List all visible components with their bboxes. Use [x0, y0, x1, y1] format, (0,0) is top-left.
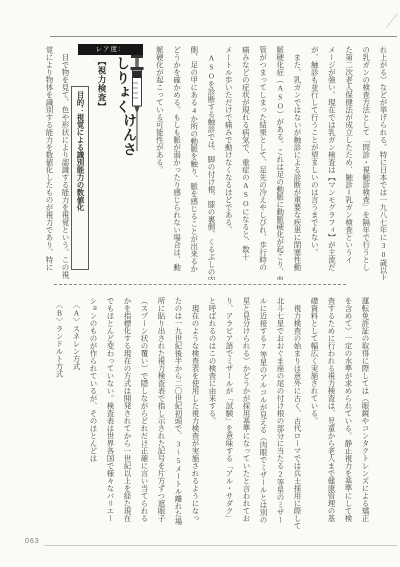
bottom-text-band: 運転免許証の取得に際しては（眼鏡やコンタクトレンズによる矯正を含めて）一定の水準… [0, 0, 400, 567]
text-column: （スプーン状の覆い）で隠しながらどれだけ正確に言い当てられる [136, 297, 153, 545]
text-column: 星と見分けられる）かどうかが採用基準になっていたと言われてお [238, 297, 255, 545]
text-column: り、アラビア語でミザールが「試験」を意味する「アル・サダク」 [221, 297, 238, 545]
text-column: でもほとんど変わっていない。検査表は世界各国で様々なバリエー [102, 297, 119, 545]
text-column: ションのものが作られているが、そのほとんどは [85, 297, 102, 545]
text-column: 査するために行われる視力検査は、児童から老人まで健康管理の基 [323, 297, 340, 545]
text-column: を含めて）一定の水準が求められている。静止視力を基準にして検 [340, 297, 357, 545]
book-page: れ上がる）などが挙げられる。特に日本では一九八七年に30歳以上の乳ガンの検査方法… [0, 0, 400, 567]
text-column: ルに近接する7等星のアルコルが見える（肉眼でミザールとは別の [255, 297, 272, 545]
text-column: 運転免許証の取得に際しては（眼鏡やコンタクトレンズによる矯正 [357, 297, 374, 545]
text-column: たのは一九世紀後半から二〇世紀初頭で、3〜5メートル離れた場 [170, 297, 187, 545]
text-column: かを指標化する現在の方式は開発されてから一世紀以上を経た現在 [119, 297, 136, 545]
page-number: 063 [25, 538, 40, 545]
text-column: 現在のような検査表を使用した視力検査が実施されるようになっ [187, 297, 204, 545]
text-column: 北斗七星でおおぐま座の尾の付け根の部分に当たる2等星のミザー [272, 297, 289, 545]
text-column: 〈B〉ランドルト方式 [51, 297, 68, 545]
footer-rule [44, 545, 397, 546]
text-column: と呼ばれるのはこの検査に由来する。 [204, 297, 221, 545]
text-column: 礎資料として幅広く実施されている。 [306, 297, 323, 545]
text-column: 〈A〉スネレン方式 [68, 297, 85, 545]
text-column: 視力検査の始まりは意外に古く、古代ローマでは兵士採用に際して [289, 297, 306, 545]
text-column: 所に貼り出された視力検査表で指し示された記号を片方ずつ遮眼子 [153, 297, 170, 545]
